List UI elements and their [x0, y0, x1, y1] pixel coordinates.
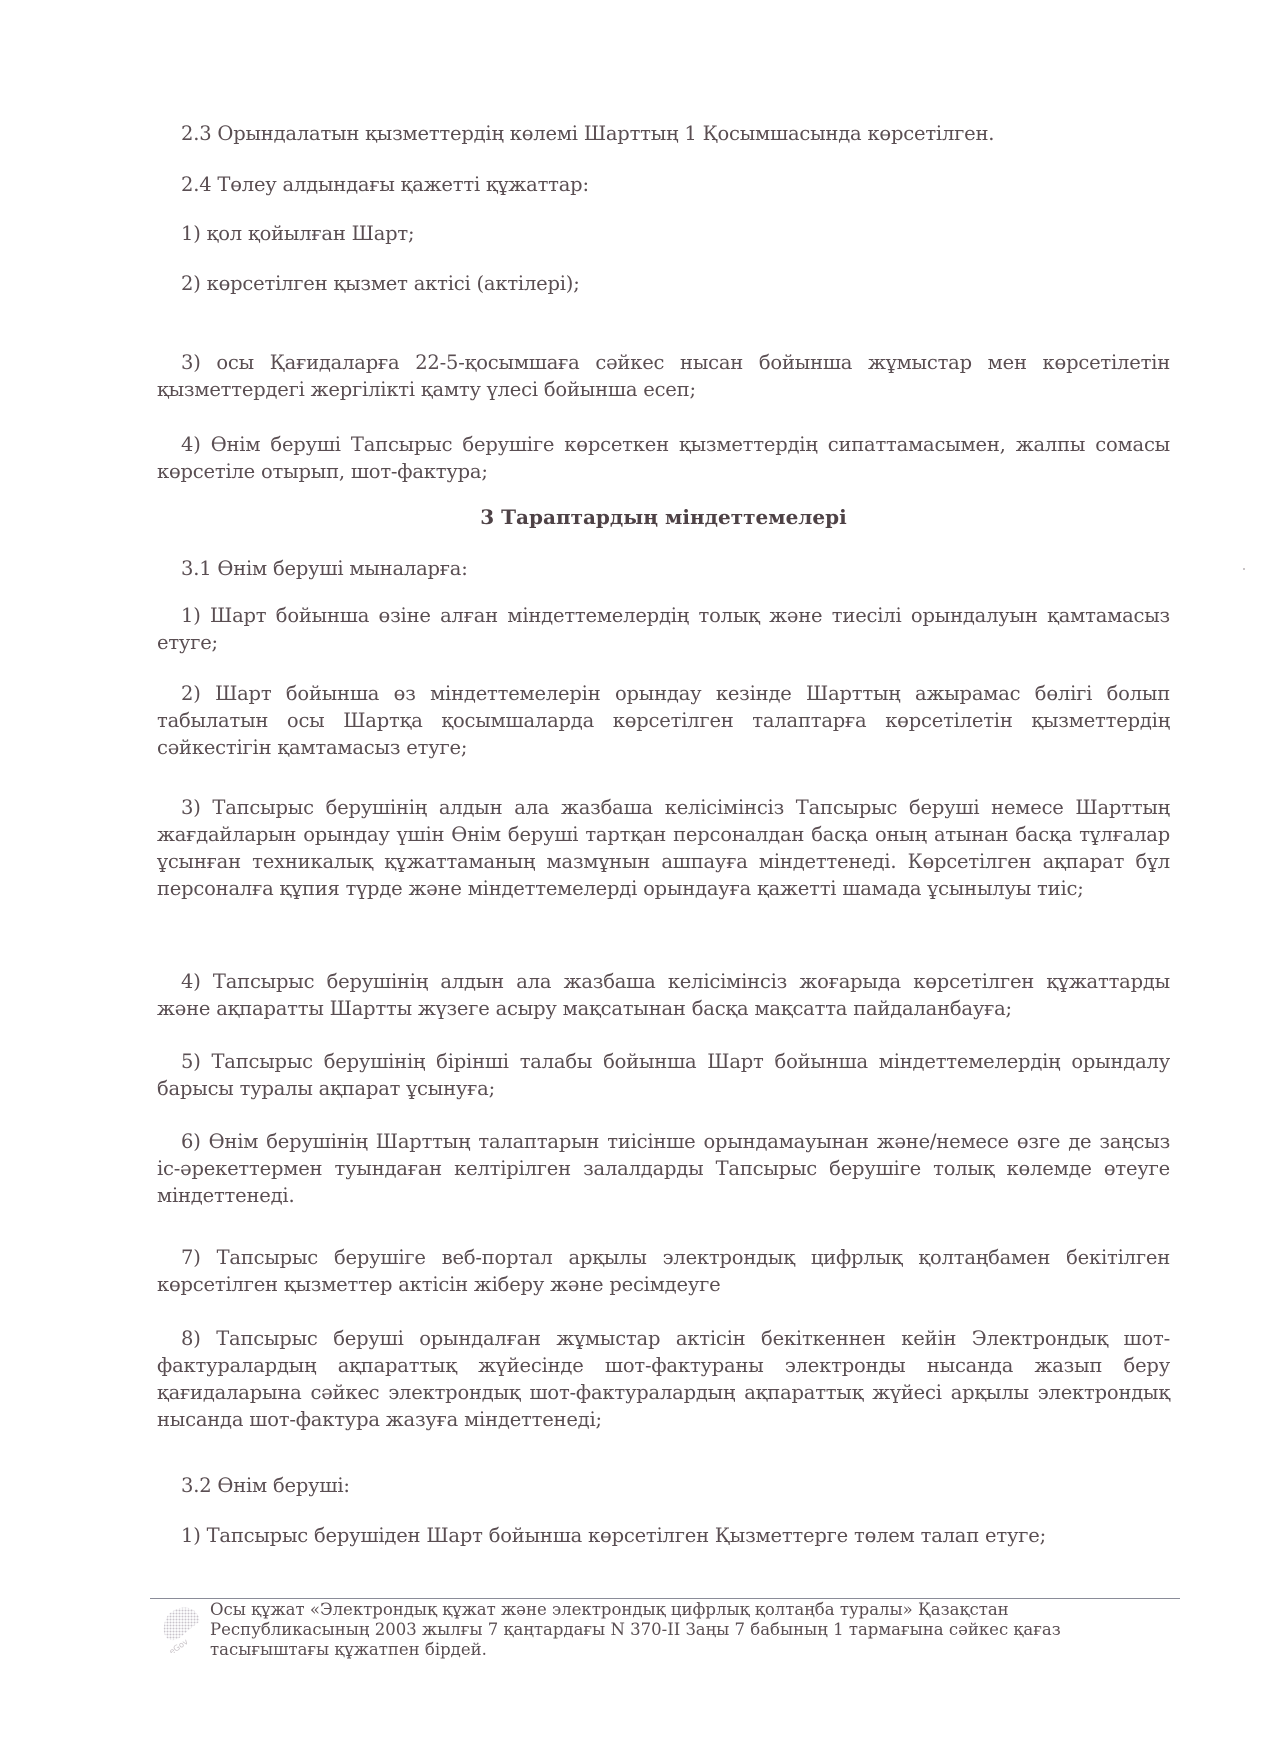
e-gov-seal-icon: eGov — [160, 1603, 202, 1653]
scan-artifact — [1243, 568, 1245, 570]
paragraph-3-1-item-1: 1) Шарт бойынша өзіне алған міндеттемеле… — [157, 602, 1170, 656]
paragraph-2-4-item-2: 2) көрсетілген қызмет актісі (актілері); — [157, 270, 1170, 297]
paragraph-3-1-item-3: 3) Тапсырыс берушінің алдын ала жазбаша … — [157, 794, 1170, 902]
paragraph-3-2: 3.2 Өнім беруші: — [157, 1472, 1170, 1499]
paragraph-3-1-item-6: 6) Өнім берушінің Шарттың талаптарын тиі… — [157, 1128, 1170, 1209]
footer-legal-notice: Осы құжат «Электрондық құжат және электр… — [210, 1600, 1080, 1660]
paragraph-2-4-item-3: 3) осы Қағидаларға 22-5-қосымшаға сәйкес… — [157, 349, 1170, 403]
paragraph-3-1-item-5: 5) Тапсырыс берушінің бірінші талабы бой… — [157, 1048, 1170, 1102]
paragraph-2-3: 2.3 Орындалатын қызметтердің көлемі Шарт… — [157, 120, 1170, 147]
paragraph-3-1-item-4: 4) Тапсырыс берушінің алдын ала жазбаша … — [157, 968, 1170, 1022]
paragraph-3-1-item-8: 8) Тапсырыс беруші орындалған жұмыстар а… — [157, 1325, 1170, 1433]
paragraph-2-4-item-1: 1) қол қойылған Шарт; — [157, 220, 1170, 247]
document-page: 2.3 Орындалатын қызметтердің көлемі Шарт… — [0, 0, 1276, 1755]
paragraph-2-4: 2.4 Төлеу алдындағы қажетті құжаттар: — [157, 171, 1170, 198]
paragraph-3-2-item-1: 1) Тапсырыс берушіден Шарт бойынша көрсе… — [157, 1522, 1170, 1549]
section-3-heading: 3 Тараптардың міндеттемелері — [157, 504, 1170, 531]
paragraph-3-1-item-2: 2) Шарт бойынша өз міндеттемелерін орынд… — [157, 680, 1170, 761]
paragraph-3-1-item-7: 7) Тапсырыс берушіге веб-портал арқылы э… — [157, 1244, 1170, 1298]
footer-divider — [150, 1598, 1180, 1599]
paragraph-3-1: 3.1 Өнім беруші мыналарға: — [157, 555, 1170, 582]
paragraph-2-4-item-4: 4) Өнім беруші Тапсырыс берушіге көрсетк… — [157, 431, 1170, 485]
